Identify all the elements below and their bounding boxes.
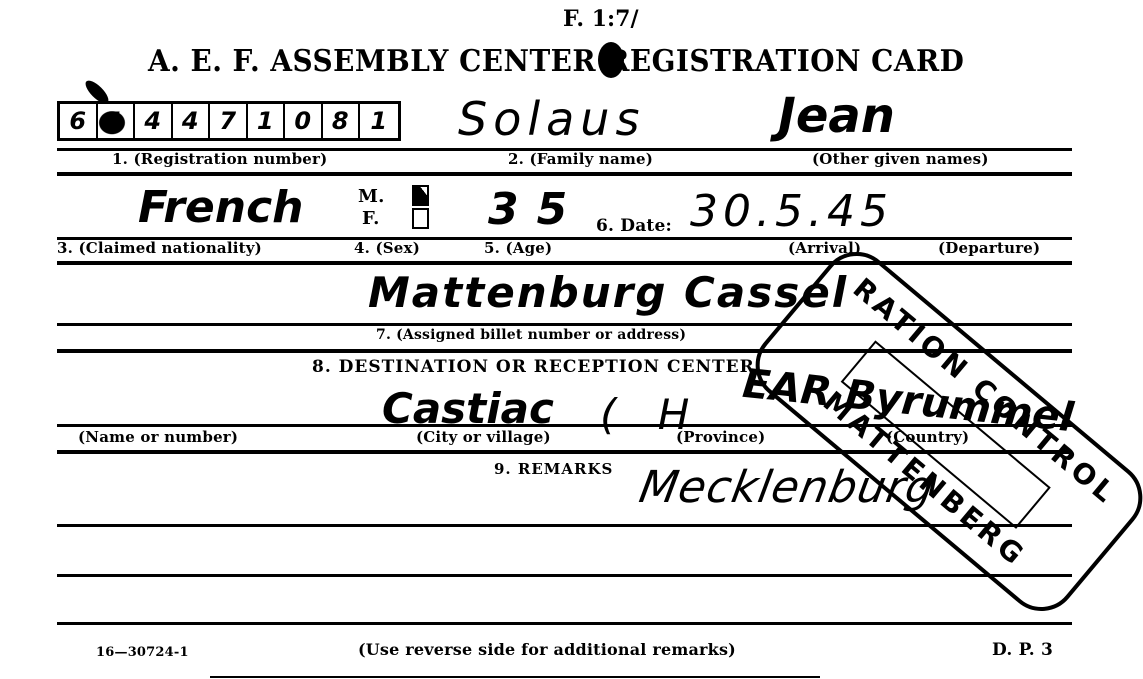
reg-digit: 7 — [210, 104, 248, 138]
reg-digit: 4 — [135, 104, 173, 138]
registration-number-label: 1. (Registration number) — [112, 150, 327, 168]
remarks-heading: 9. REMARKS — [494, 460, 613, 478]
divider — [57, 261, 1072, 265]
destination-name-label: (Name or number) — [78, 428, 238, 446]
remarks-line — [57, 524, 1072, 527]
family-name-label: 2. (Family name) — [508, 150, 653, 168]
nationality-label: 3. (Claimed nationality) — [57, 239, 262, 257]
age-label: 5. (Age) — [484, 239, 552, 257]
destination-province-label: (Province) — [676, 428, 765, 446]
departure-label: (Departure) — [938, 239, 1040, 257]
reg-digit: 1 — [248, 104, 286, 138]
card-title: A. E. F. ASSEMBLY CENTER REGISTRATION CA… — [148, 44, 964, 79]
reg-digit: 1 — [98, 104, 136, 138]
given-names-label: (Other given names) — [812, 150, 989, 168]
reg-digit: 6 — [60, 104, 98, 138]
bottom-edge — [210, 676, 820, 678]
billet-label: 7. (Assigned billet number or address) — [376, 327, 686, 343]
reg-digit: 8 — [323, 104, 361, 138]
arrival-date-value: 30.5.45 — [690, 186, 893, 237]
form-code: 16—30724-1 — [96, 645, 189, 660]
sex-f-checkbox[interactable] — [412, 208, 429, 229]
date-label: 6. Date: — [596, 216, 672, 236]
registration-number-box: 6 1 4 4 7 1 0 8 1 — [57, 101, 401, 141]
family-name-value: Solaus — [458, 92, 645, 146]
reverse-side-note: (Use reverse side for additional remarks… — [358, 640, 736, 659]
divider — [57, 172, 1072, 176]
given-names-value: Jean — [778, 88, 895, 144]
ink-blot — [598, 42, 624, 78]
destination-city-label: (City or village) — [416, 428, 551, 446]
reg-digit: 0 — [285, 104, 323, 138]
billet-value: Mattenburg Cassel — [368, 268, 848, 317]
nationality-value: French — [138, 182, 304, 233]
sex-label: 4. (Sex) — [354, 239, 420, 257]
age-value: 35 — [488, 184, 585, 235]
destination-heading: 8. DESTINATION OR RECEPTION CENTER — [312, 357, 755, 377]
remarks-line — [57, 574, 1072, 577]
remarks-line — [57, 622, 1072, 625]
reg-digit: 4 — [173, 104, 211, 138]
reg-digit: 1 — [360, 104, 398, 138]
sex-m-checkbox[interactable] — [412, 185, 429, 206]
sex-option-f-label: F. — [362, 208, 380, 229]
file-mark: F. 1:7/ — [563, 6, 639, 32]
form-id: D. P. 3 — [992, 640, 1053, 660]
sex-option-m-label: M. — [358, 186, 385, 207]
